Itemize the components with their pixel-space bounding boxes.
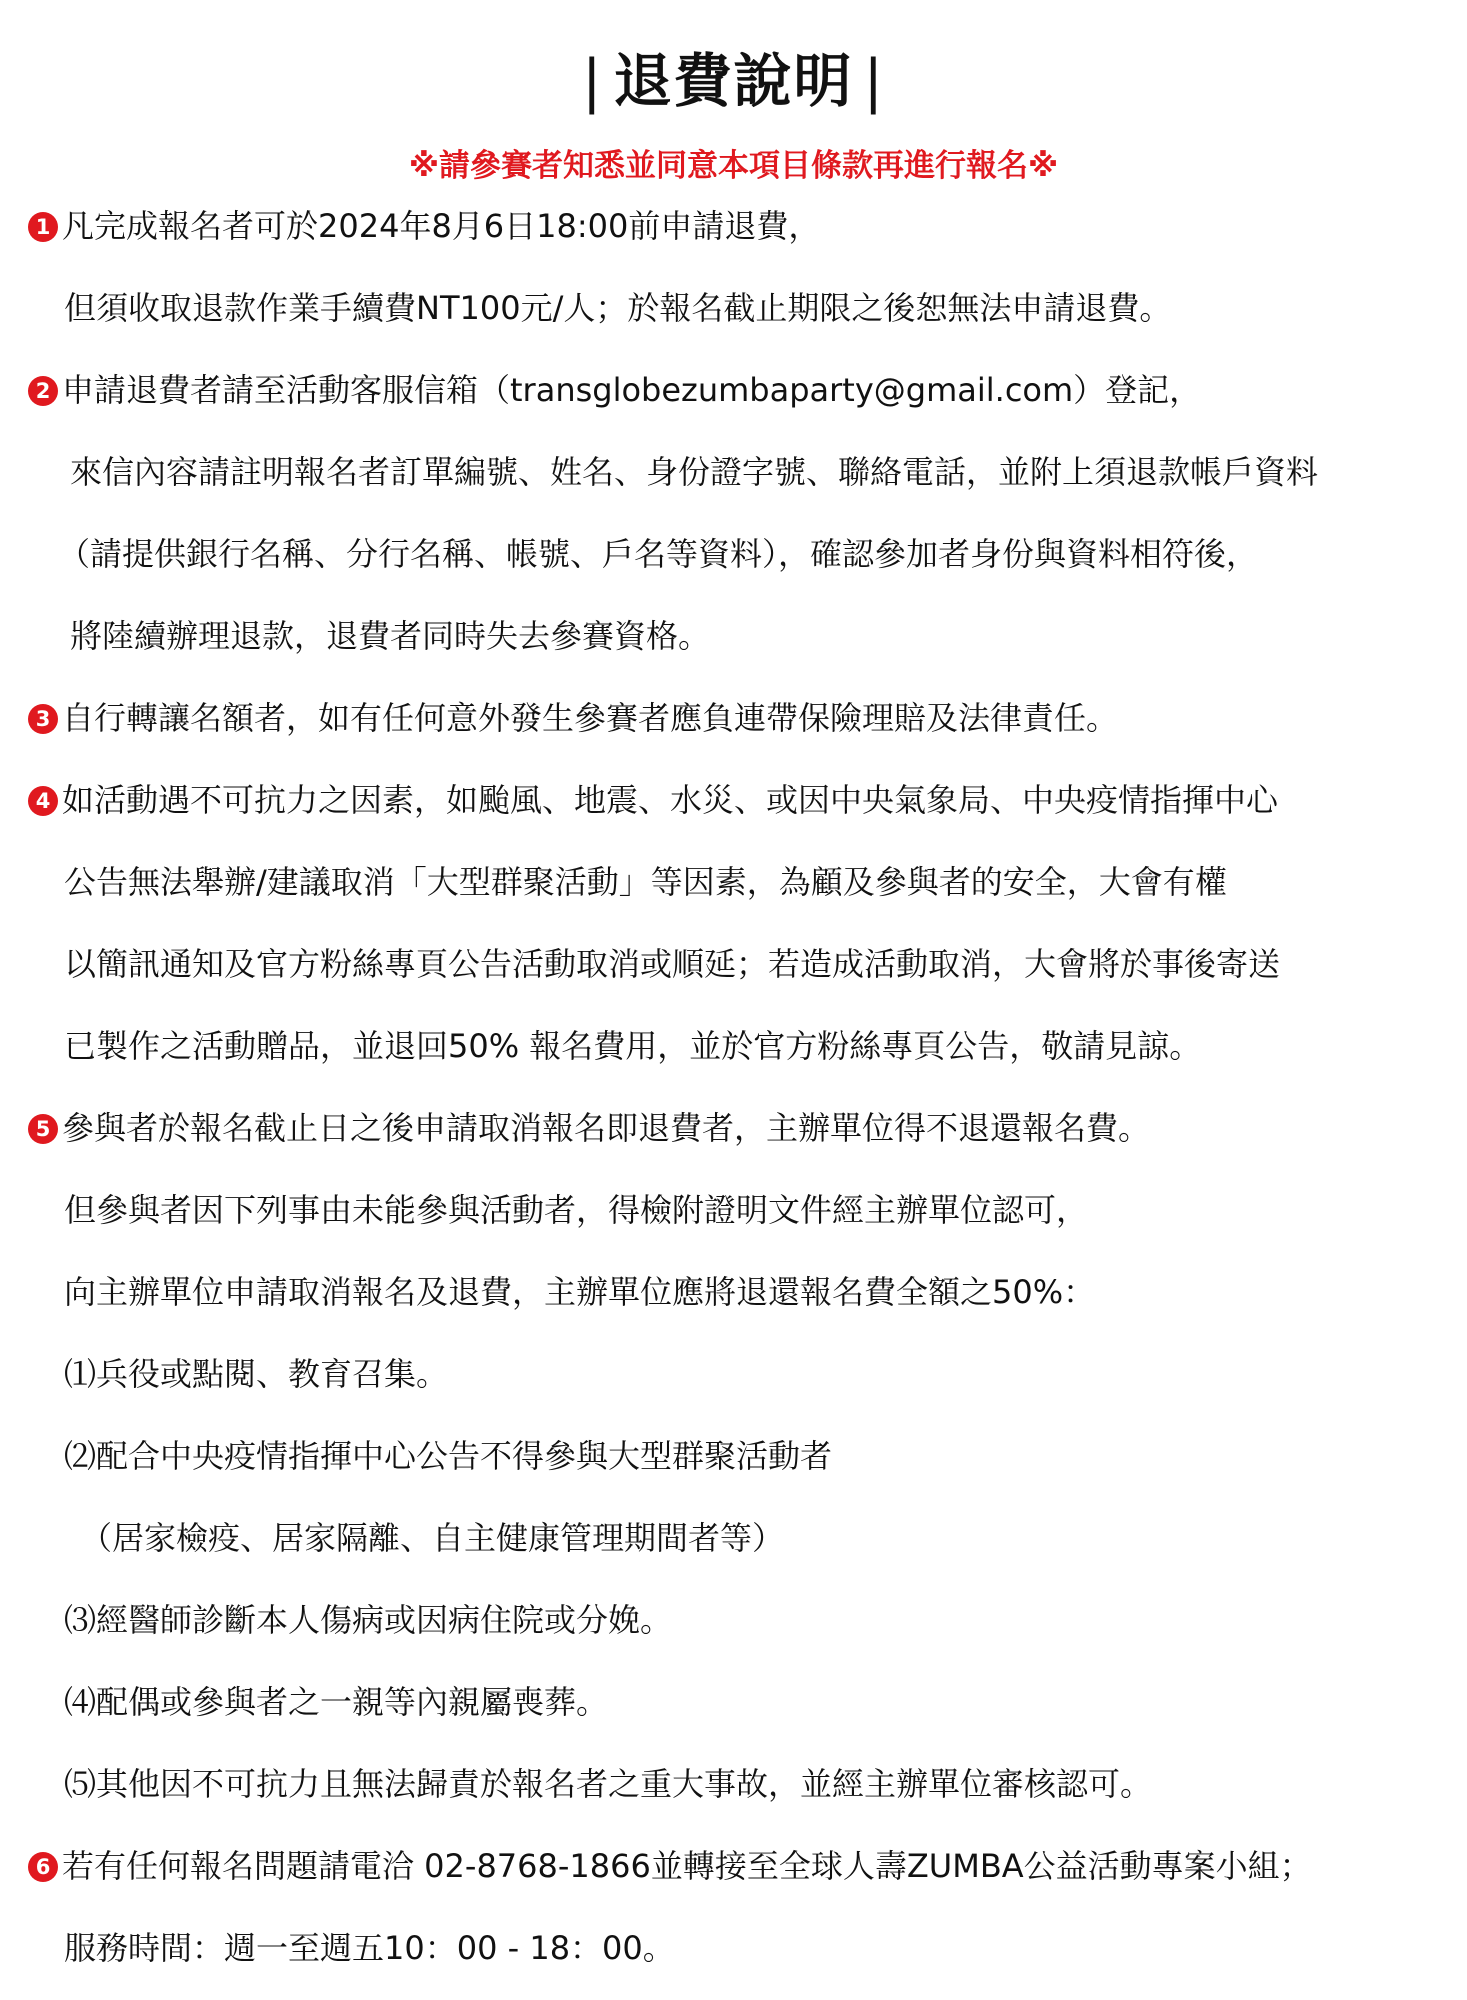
section-3-line-1: 3自行轉讓名額者，如有任何意外發生參賽者應負連帶保險理賠及法律責任。 [28, 698, 1118, 738]
section-4-line-4: 已製作之活動贈品，並退回50% 報名費用，並於官方粉絲專頁公告，敬請見諒。 [64, 1026, 1201, 1066]
section-5-line-1: 5參與者於報名截止日之後申請取消報名即退費者，主辦單位得不退還報名費。 [28, 1108, 1150, 1148]
number-badge-icon: 5 [28, 1114, 58, 1144]
section-1-line-1: 1凡完成報名者可於2024年8月6日18:00前申請退費， [28, 206, 820, 246]
section-2-line-2: 來信內容請註明報名者訂單編號、姓名、身份證字號、聯絡電話，並附上須退款帳戶資料 [70, 452, 1318, 492]
number-badge-icon: 1 [28, 212, 58, 242]
section-5-item-2: ⑵配合中央疫情指揮中心公告不得參與大型群聚活動者 [64, 1436, 832, 1476]
section-6-line-1: 6若有任何報名問題請電洽 02-8768-1866並轉接至全球人壽ZUMBA公益… [28, 1846, 1312, 1886]
section-4-line-2: 公告無法舉辦/建議取消「大型群聚活動」等因素，為顧及參與者的安全，大會有權 [64, 862, 1227, 902]
section-2-line-4: 將陸續辦理退款，退費者同時失去參賽資格。 [70, 616, 710, 656]
section-2-line-1: 2申請退費者請至活動客服信箱（transglobezumbaparty@gmai… [28, 370, 1201, 410]
title-divider-left: | [582, 47, 604, 115]
section-5-item-5: ⑸其他因不可抗力且無法歸責於報名者之重大事故，並經主辦單位審核認可。 [64, 1764, 1152, 1804]
section-6-line-2: 服務時間：週一至週五10：00 - 18：00。 [64, 1928, 675, 1968]
section-4-line-3: 以簡訊通知及官方粉絲專頁公告活動取消或順延；若造成活動取消，大會將於事後寄送 [64, 944, 1280, 984]
section-5-line-2: 但參與者因下列事由未能參與活動者，得檢附證明文件經主辦單位認可， [64, 1190, 1088, 1230]
agreement-notice: ※請參賽者知悉並同意本項目條款再進行報名※ [0, 140, 1467, 185]
page-title: |退費說明| [0, 34, 1467, 118]
number-badge-icon: 2 [28, 376, 58, 406]
section-1-line-2: 但須收取退款作業手續費NT100元/人；於報名截止期限之後恕無法申請退費。 [64, 288, 1171, 328]
section-5-item-4: ⑷配偶或參與者之一親等內親屬喪葬。 [64, 1682, 608, 1722]
section-5-item-3: ⑶經醫師診斷本人傷病或因病住院或分娩。 [64, 1600, 672, 1640]
section-5-item-2-note: （居家檢疫、居家隔離、自主健康管理期間者等） [80, 1518, 784, 1558]
title-divider-right: | [864, 47, 886, 115]
number-badge-icon: 4 [28, 786, 58, 816]
section-5-item-1: ⑴兵役或點閱、教育召集。 [64, 1354, 448, 1394]
number-badge-icon: 6 [28, 1852, 58, 1882]
section-2-line-3: （請提供銀行名稱、分行名稱、帳號、戶名等資料），確認參加者身份與資料相符後， [58, 534, 1258, 574]
section-4-line-1: 4如活動遇不可抗力之因素，如颱風、地震、水災、或因中央氣象局、中央疫情指揮中心 [28, 780, 1278, 820]
title-text: 退費說明 [613, 47, 853, 115]
number-badge-icon: 3 [28, 704, 58, 734]
section-5-line-3: 向主辦單位申請取消報名及退費，主辦單位應將退還報名費全額之50%： [64, 1272, 1095, 1312]
